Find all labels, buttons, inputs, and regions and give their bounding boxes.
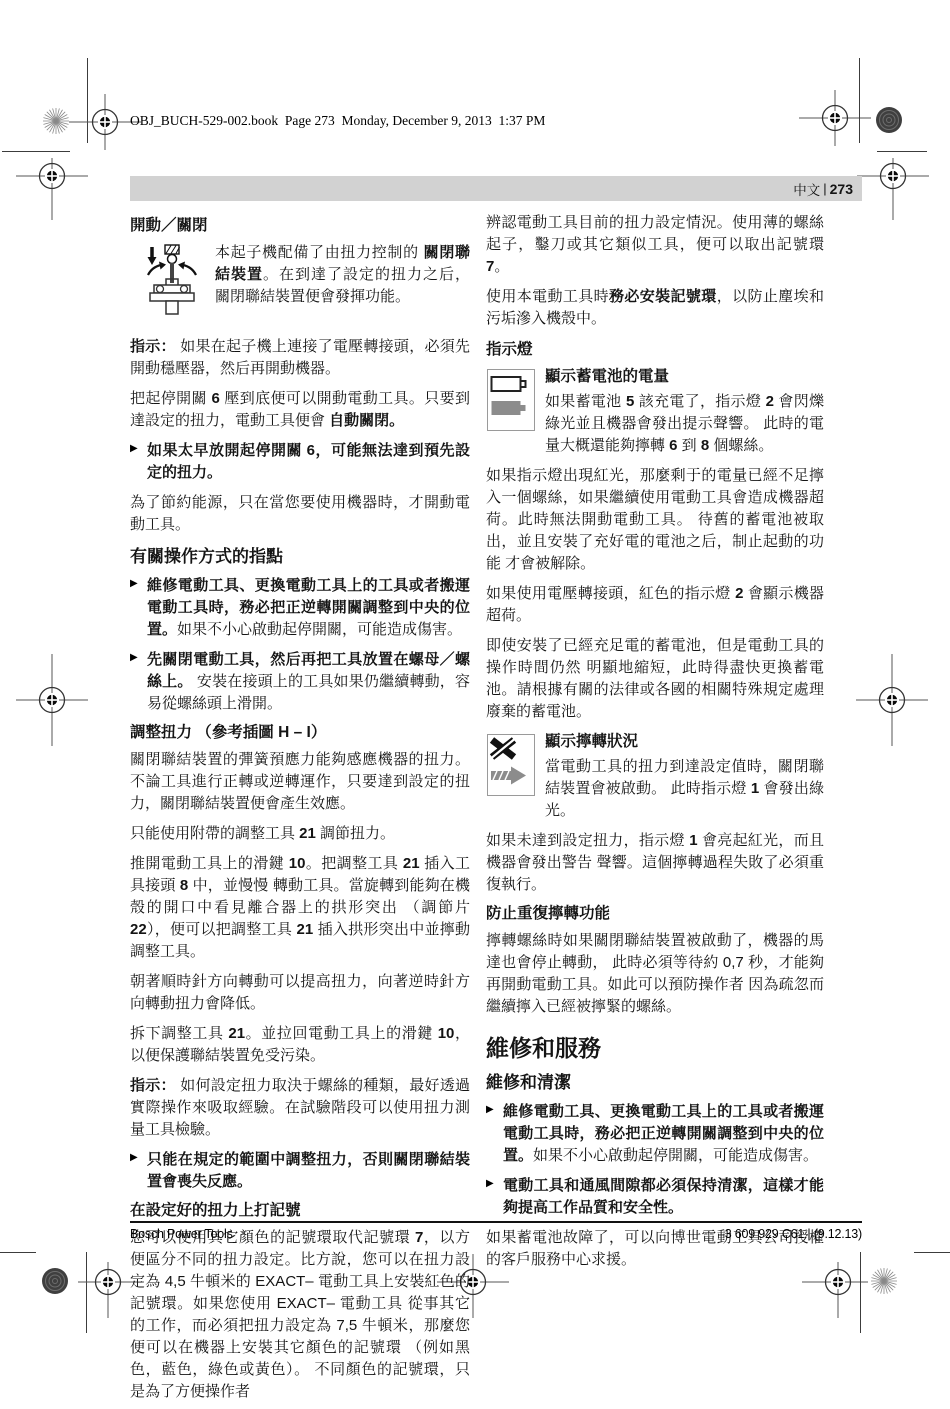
battery-charge-icon <box>487 369 535 431</box>
footer-rule <box>130 1221 862 1223</box>
note-torque-experience: 指示： 如何設定扭力取決于螺絲的種類，最好透過實際操作來吸取經驗。在試驗階段可以… <box>130 1075 470 1141</box>
torque-clutch-icon <box>143 244 201 316</box>
warning-service: ▶ 維修電動工具、更換電動工具上的工具或者搬運電動工具時，務必把正逆轉開關調整到… <box>130 575 470 641</box>
energy-saving-paragraph: 為了節約能源，只在當您要使用機器時，才開動電動工具。 <box>130 492 470 536</box>
heading-on-off: 開動／關閉 <box>130 216 470 236</box>
warning-text: 先關閉電動工具，然后再把工具放置在螺母／螺絲上。 安裝在接頭上的工具如果仍繼續轉… <box>147 651 470 712</box>
ring-required-paragraph: 使用本電動工具時務必安裝記號環，以防止塵埃和污垢滲入機殼中。 <box>486 286 824 330</box>
clockwise-paragraph: 朝著順時針方向轉動可以提高扭力，向著逆時針方向轉動扭力會降低。 <box>130 971 470 1015</box>
document-header-line: OBJ_BUCH-529-002.book Page 273 Monday, D… <box>130 113 545 129</box>
bullet-triangle-icon: ▶ <box>130 1153 138 1163</box>
header-separator: | <box>823 181 826 196</box>
battery-life-paragraph: 即使安裝了已經充足電的蓄電池，但是電動工具的操作時間仍然 明顯地縮短，此時得盡快… <box>486 635 824 723</box>
adapter-overload-paragraph: 如果使用電壓轉接頭，紅色的指示燈 2 會顯示機器超荷。 <box>486 583 824 627</box>
warning-service: ▶ 維修電動工具、更換電動工具上的工具或者搬運電動工具時，務必把正逆轉開關調整到… <box>486 1101 824 1167</box>
footer: Bosch Power Tools 3 609 929 C61 | (9.12.… <box>130 1227 862 1241</box>
heading-operating-tips: 有關操作方式的指點 <box>130 546 470 567</box>
note-voltage-adapter: 指示： 如果在起子機上連接了電壓轉接頭，必須先開動穩壓器，然后再開動機器。 <box>130 336 470 380</box>
torque-fail-paragraph: 如果未達到設定扭力，指示燈 1 會亮起紅光，而且機器會發出警告 聲響。這個擰轉過… <box>486 830 824 896</box>
warning-keep-clean: ▶ 電動工具和通風間隙都必須保持清潔，這樣才能夠提高工作品質和安全性。 <box>486 1175 824 1219</box>
screw-status-text: 顯示擰轉狀況 當電動工具的扭力到達設定值時，關閉聯結裝置會被啟動。 此時指示燈 … <box>545 731 824 822</box>
clutch-description: 本起子機配備了由扭力控制的 關閉聯結裝置。在到達了設定的扭力之后，關閉聯結裝置便… <box>215 242 470 308</box>
heading-battery-charge: 顯示蓄電池的電量 <box>545 366 824 388</box>
tool-21-paragraph: 只能使用附帶的調整工具 21 調節扭力。 <box>130 823 470 845</box>
heading-marking: 在設定好的扭力上打記號 <box>130 1201 470 1221</box>
bullet-triangle-icon: ▶ <box>130 579 138 589</box>
warning-torque-range: ▶ 只能在規定的範圍中調整扭力，否則關閉聯結裝置會喪失反應。 <box>130 1149 470 1193</box>
battery-status-text: 顯示蓄電池的電量 如果蓄電池 5 該充電了，指示燈 2 會閃爍綠光並且機器會發出… <box>545 366 824 457</box>
language-label: 中文 <box>793 179 820 199</box>
bullet-triangle-icon: ▶ <box>486 1179 494 1189</box>
crop-line <box>0 1252 36 1253</box>
battery-charge-paragraph: 如果蓄電池 5 該充電了，指示燈 2 會閃爍綠光並且機器會發出提示聲響。 此時的… <box>545 391 824 457</box>
warning-text: 維修電動工具、更換電動工具上的工具或者搬運電動工具時，務必把正逆轉開關調整到中央… <box>503 1103 824 1164</box>
right-column: 辨認電動工具目前的扭力設定情況。使用薄的螺絲起子，鑿刀或其它類似工具，便可以取出… <box>486 212 824 1279</box>
red-light-paragraph: 如果指示燈出現紅光，那麼剩于的電量已經不足擰入一個螺絲，如果繼續使用電動工具會造… <box>486 465 824 575</box>
battery-icon-block: 顯示蓄電池的電量 如果蓄電池 5 該充電了，指示燈 2 會閃爍綠光並且機器會發出… <box>486 366 824 457</box>
moire-disc-icon <box>41 1267 69 1295</box>
footer-part-number: 3 609 929 C61 | (9.12.13) <box>725 1227 862 1241</box>
page-number: 273 <box>830 181 853 197</box>
manual-page: { "page": { "header_line": "OBJ_BUCH-529… <box>0 0 950 1409</box>
crop-line <box>860 1252 861 1333</box>
screw-status-paragraph: 當電動工具的扭力到達設定值時，關閉聯結裝置會被啟動。 此時指示燈 1 會發出綠光… <box>545 756 824 822</box>
footer-brand: Bosch Power Tools <box>130 1227 233 1241</box>
warning-switch-off-first: ▶ 先關閉電動工具，然后再把工具放置在螺母／螺絲上。 安裝在接頭上的工具如果仍繼… <box>130 649 470 715</box>
warning-text: 只能在規定的範圍中調整扭力，否則關閉聯結裝置會喪失反應。 <box>147 1151 470 1190</box>
heading-maintenance-service: 維修和服務 <box>486 1034 824 1062</box>
warning-text: 維修電動工具、更換電動工具上的工具或者搬運電動工具時，務必把正逆轉開關調整到中央… <box>147 577 470 638</box>
heading-maintenance-cleaning: 維修和清潔 <box>486 1072 824 1093</box>
bullet-triangle-icon: ▶ <box>486 1105 494 1115</box>
registration-target-icon <box>857 128 929 224</box>
heading-screw-status: 顯示擰轉狀況 <box>545 731 824 753</box>
heading-repeat-prevention: 防止重復擰轉功能 <box>486 904 824 924</box>
warning-text: 如果太早放開起停開關 6，可能無法達到預先設定的扭力。 <box>147 442 470 481</box>
heading-torque-adjust: 調整扭力 （參考插圖 H – I） <box>130 723 470 743</box>
registration-target-icon <box>16 128 88 224</box>
clutch-icon-block: 本起子機配備了由扭力控制的 關閉聯結裝置。在到達了設定的扭力之后，關閉聯結裝置便… <box>130 242 470 328</box>
starburst-wheel-icon <box>870 1267 898 1295</box>
screw-status-icon-block: 顯示擰轉狀況 當電動工具的扭力到達設定值時，關閉聯結裝置會被啟動。 此時指示燈 … <box>486 731 824 822</box>
remove-tool-paragraph: 拆下調整工具 21。並拉回電動工具上的滑鍵 10，以便保護聯結裝置免受污染。 <box>130 1023 470 1067</box>
repeat-prevention-paragraph: 擰轉螺絲時如果關閉聯結裝置被啟動了，機器的馬達也會停止轉動， 此時必須等待約 0… <box>486 930 824 1018</box>
crop-line <box>914 1252 950 1253</box>
adjust-procedure-paragraph: 推開電動工具上的滑鍵 10。把調整工具 21 插入工具接頭 8 中，並慢慢 轉動… <box>130 853 470 963</box>
switch-on-paragraph: 把起停開關 6 壓到底便可以開動電動工具。只要到達設定的扭力，電動工具便會 自動… <box>130 388 470 432</box>
warning-text: 電動工具和通風間隙都必須保持清潔，這樣才能夠提高工作品質和安全性。 <box>503 1177 824 1216</box>
registration-target-icon <box>856 652 928 748</box>
warning-early-release: ▶ 如果太早放開起停開關 6，可能無法達到預先設定的扭力。 <box>130 440 470 484</box>
bullet-triangle-icon: ▶ <box>130 444 138 454</box>
registration-target-icon <box>16 652 88 748</box>
page-header-bar: 中文 | 273 <box>130 176 862 201</box>
heading-indicator-lights: 指示燈 <box>486 340 824 360</box>
identify-torque-paragraph: 辨認電動工具目前的扭力設定情況。使用薄的螺絲起子，鑿刀或其它類似工具，便可以取出… <box>486 212 824 278</box>
screwdriving-status-icon <box>487 734 535 796</box>
marking-ring-paragraph: 您可以使用其它顏色的記號環取代記號環 7，以方便區分不同的扭力設定。比方說，您可… <box>130 1227 470 1403</box>
bullet-triangle-icon: ▶ <box>130 653 138 663</box>
spring-preload-paragraph: 關閉聯結裝置的彈簧預應力能夠感應機器的扭力。不論工具進行正轉或逆轉運作，只要達到… <box>130 749 470 815</box>
